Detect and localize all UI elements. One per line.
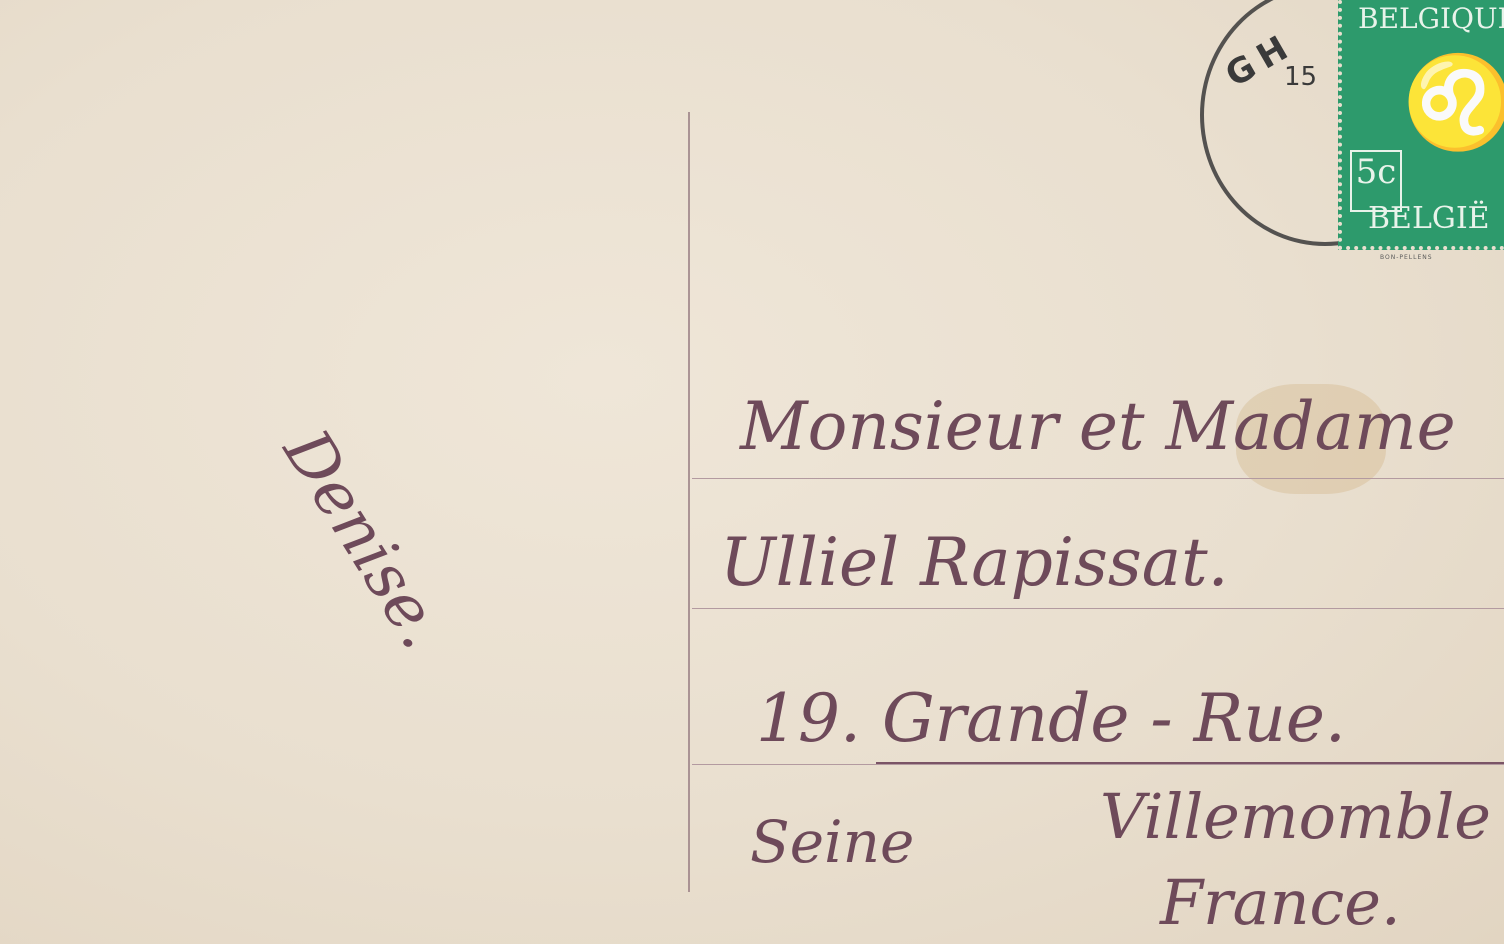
address-line-3: 19. Grande - Rue.: [756, 680, 1346, 757]
address-rule-2: [692, 608, 1504, 609]
postage-stamp: BELGIQUE ♌ 5c BELGIË: [1338, 0, 1504, 250]
address-rule-1: [692, 478, 1504, 479]
street-underline: [876, 762, 1504, 764]
lion-icon: ♌: [1402, 50, 1504, 155]
center-divider: [688, 112, 690, 892]
address-city: Villemomble: [1100, 780, 1491, 853]
address-country: France.: [1160, 866, 1401, 939]
address-line-2: Ulliel Rapissat.: [720, 524, 1229, 601]
address-rule-3: [692, 764, 1504, 765]
postcard-back: Denise. Monsieur et Madame Ulliel Rapiss…: [0, 0, 1504, 944]
address-department: Seine: [750, 808, 914, 876]
sender-signature: Denise.: [269, 417, 460, 661]
postmark-date: 15: [1284, 62, 1317, 92]
address-line-1: Monsieur et Madame: [740, 388, 1456, 465]
stamp-printer: BON-PELLENS: [1380, 254, 1433, 261]
stamp-country-bottom: BELGIË: [1368, 201, 1490, 236]
stamp-country-top: BELGIQUE: [1358, 2, 1504, 35]
